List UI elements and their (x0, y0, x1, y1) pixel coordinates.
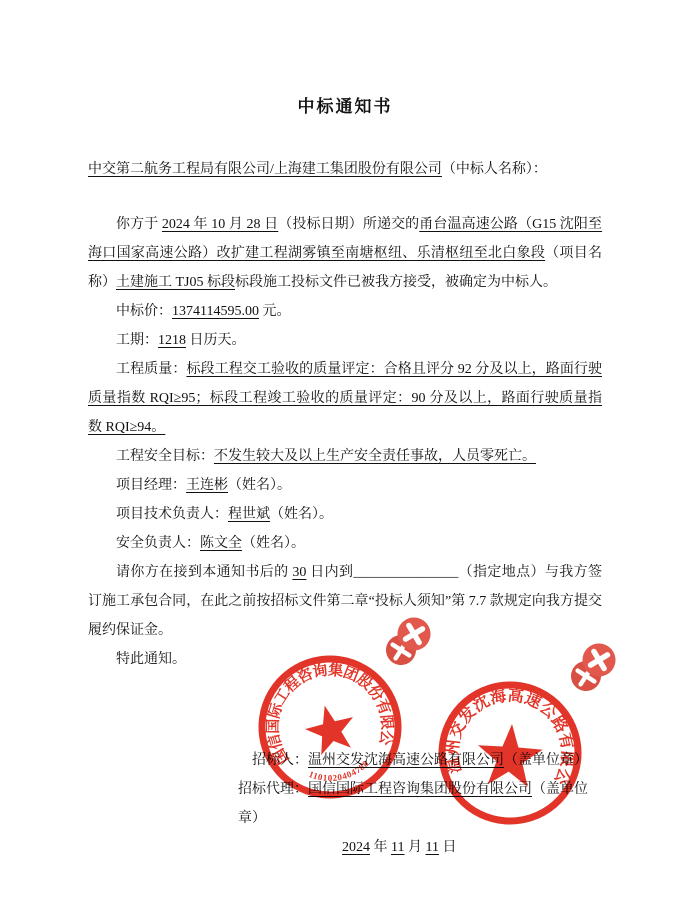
signature-block: 招标人：温州交发沈海高速公路有限公司（盖单位章） 招标代理：国信国际工程咨询集团… (88, 746, 602, 862)
addressee-line: 中交第二航务工程局有限公司/上海建工集团股份有限公司（中标人名称）： (88, 155, 602, 184)
para-safety-lead: 安全负责人：陈文全（姓名）。 (88, 529, 602, 558)
text-segment: 中标价： (116, 304, 172, 319)
text-segment: （姓名）。 (270, 507, 333, 522)
text-segment: 年 (370, 840, 391, 855)
text-segment: 日内到 (306, 565, 353, 580)
agent-line: 招标代理：国信国际工程咨询集团股份有限公司（盖单位章） (238, 775, 602, 833)
award-notice-document: 中标通知书 中交第二航务工程局有限公司/上海建工集团股份有限公司（中标人名称）：… (0, 0, 690, 900)
text-segment: 招标代理： (238, 782, 308, 797)
text-segment: 11 (391, 840, 404, 855)
text-segment: 土建施工 TJ05 标段 (116, 275, 235, 290)
para-project-manager: 项目经理：王连彬（姓名）。 (88, 471, 602, 500)
text-segment: 工程质量： (116, 362, 186, 377)
text-segment: 日历天。 (186, 333, 246, 348)
text-segment: （姓名）。 (228, 478, 291, 493)
text-segment: 安全负责人： (116, 536, 200, 551)
para-instruction: 请你方在接到本通知书后的 30 日内到_______________（指定地点）… (88, 558, 602, 645)
text-segment: 工期： (116, 333, 158, 348)
text-segment: 温州交发沈海高速公路有限公司 (308, 753, 504, 768)
document-body: 中标通知书 中交第二航务工程局有限公司/上海建工集团股份有限公司（中标人名称）：… (0, 92, 690, 862)
para-closing: 特此通知。 (88, 645, 602, 674)
date-line: 2024 年 11 月 11 日 (342, 833, 602, 862)
text-segment: 陈文全 (200, 536, 242, 551)
para-intro: 你方于 2024 年 10 月 28 日（投标日期）所递交的甬台温高速公路（G1… (88, 210, 602, 297)
close-icon[interactable] (384, 616, 434, 668)
text-segment: 程世斌 (228, 507, 270, 522)
text-segment: 王连彬 (186, 478, 228, 493)
para-quality: 工程质量：标段工程交工验收的质量评定：合格且评分 92 分及以上，路面行驶质量指… (88, 355, 602, 442)
text-segment: 项目技术负责人： (116, 507, 228, 522)
text-segment: 标段施工投标文件已被我方接受，被确定为中标人。 (235, 275, 557, 290)
text-segment: （中标人名称）： (442, 162, 547, 177)
text-segment: 元。 (259, 304, 291, 319)
para-tech-lead: 项目技术负责人：程世斌（姓名）。 (88, 500, 602, 529)
text-segment: 11 (425, 840, 438, 855)
para-safety-goal: 工程安全目标：不发生较大及以上生产安全责任事故，人员零死亡。 (88, 442, 602, 471)
text-segment: 月 (404, 840, 425, 855)
text-segment: 不发生较大及以上生产安全责任事故，人员零死亡。 (214, 449, 536, 464)
text-segment: 2024 (342, 840, 370, 855)
text-segment: 你方于 (116, 217, 162, 232)
text-segment: 2024 年 10 月 28 日 (162, 217, 278, 232)
text-segment: 1374114595.00 (172, 304, 259, 319)
text-segment: 特此通知。 (116, 652, 186, 667)
para-duration: 工期：1218 日历天。 (88, 326, 602, 355)
text-segment: 中交第二航务工程局有限公司/上海建工集团股份有限公司 (88, 162, 442, 177)
text-segment: 项目经理： (116, 478, 186, 493)
text-segment: 30 (292, 565, 306, 580)
text-segment: 请你方在接到本通知书后的 (116, 565, 292, 580)
document-title: 中标通知书 (88, 92, 602, 117)
text-segment: 招标人： (252, 753, 308, 768)
text-segment: 日 (439, 840, 457, 855)
text-segment: 国信国际工程咨询集团股份有限公司 (308, 782, 532, 797)
close-icon[interactable] (569, 642, 619, 694)
text-segment: （姓名）。 (242, 536, 305, 551)
text-segment: _______________ (353, 565, 458, 580)
text-segment: （盖单位章） (504, 753, 588, 768)
tenderer-line: 招标人：温州交发沈海高速公路有限公司（盖单位章） (252, 746, 602, 775)
para-bid-price: 中标价：1374114595.00 元。 (88, 297, 602, 326)
text-segment: （投标日期）所递交的 (278, 217, 419, 232)
text-segment: 1218 (158, 333, 186, 348)
text-segment: 工程安全目标： (116, 449, 214, 464)
